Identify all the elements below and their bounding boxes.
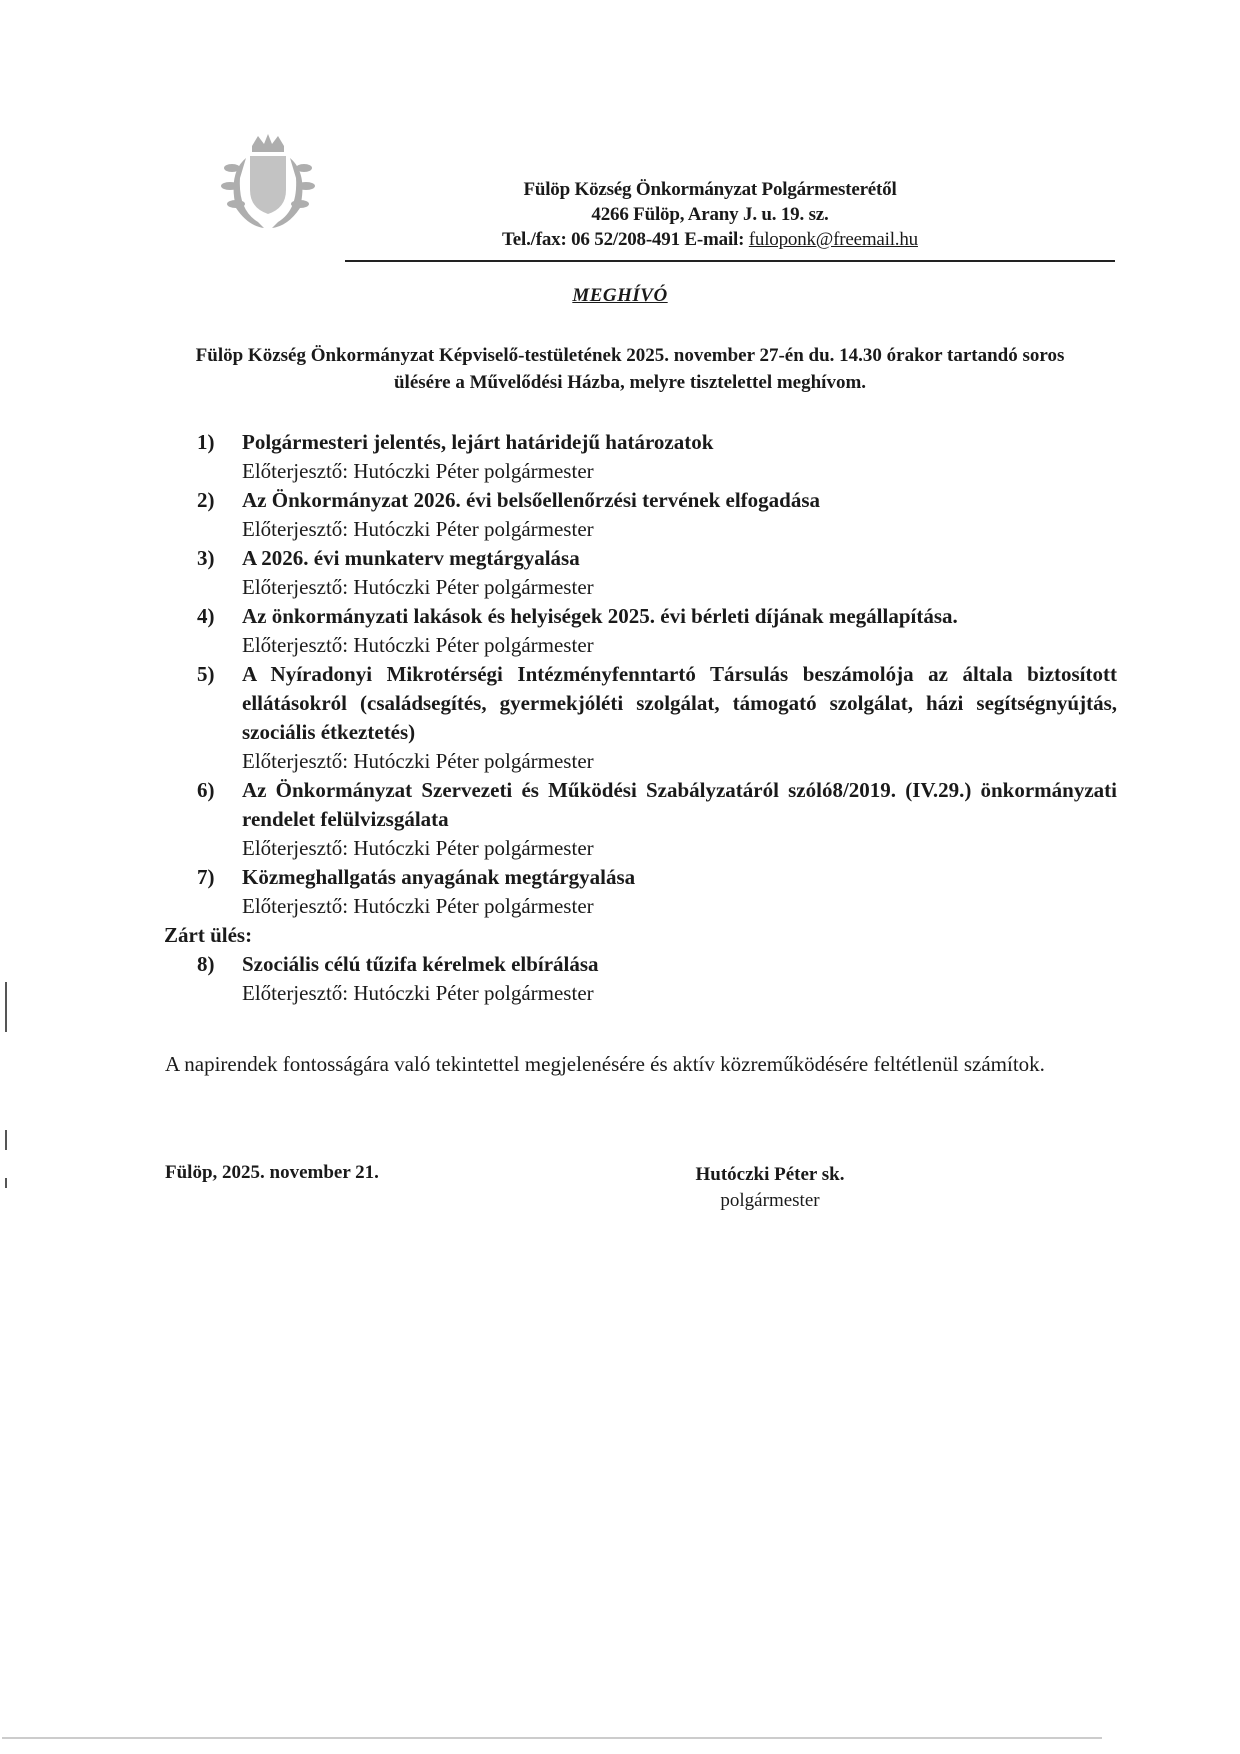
intro-paragraph: Fülöp Község Önkormányzat Képviselő-test… (170, 342, 1090, 396)
scan-margin-mark (5, 1130, 7, 1150)
agenda-item: 7)Közmeghallgatás anyagának megtárgyalás… (197, 863, 1117, 921)
agenda-item-title: Szociális célú tűzifa kérelmek elbírálás… (242, 950, 1117, 979)
agenda-item-presenter: Előterjesztő: Hutóczki Péter polgármeste… (242, 834, 1117, 863)
document-title: MEGHÍVÓ (0, 285, 1240, 307)
scan-edge-line (2, 1737, 1102, 1739)
agenda-item-presenter: Előterjesztő: Hutóczki Péter polgármeste… (242, 457, 1117, 486)
closing-paragraph: A napirendek fontosságára való tekintett… (165, 1050, 1115, 1078)
header-divider (345, 260, 1115, 262)
agenda-item-title: Az önkormányzati lakások és helyiségek 2… (242, 602, 1117, 631)
agenda-item: 4)Az önkormányzati lakások és helyiségek… (197, 602, 1117, 660)
phone-fax: Tel./fax: 06 52/208-491 E-mail: (502, 229, 749, 250)
agenda-item-number: 4) (197, 602, 242, 660)
contact-line: Tel./fax: 06 52/208-491 E-mail: fuloponk… (440, 227, 980, 252)
closed-session-label: Zárt ülés: (164, 921, 1084, 950)
agenda-item-presenter: Előterjesztő: Hutóczki Péter polgármeste… (242, 631, 1117, 660)
agenda-item-number: 3) (197, 544, 242, 602)
scan-margin-mark (5, 982, 7, 1032)
agenda-item-title: Polgármesteri jelentés, lejárt határidej… (242, 428, 1117, 457)
date-line: Fülöp, 2025. november 21. (165, 1162, 379, 1184)
signatory-role: polgármester (670, 1188, 870, 1214)
office-name: Fülöp Község Önkormányzat Polgármesterét… (440, 177, 980, 202)
agenda-item-presenter: Előterjesztő: Hutóczki Péter polgármeste… (242, 979, 1117, 1008)
agenda-item: 5)A Nyíradonyi Mikrotérségi Intézményfen… (197, 660, 1117, 776)
office-address: 4266 Fülöp, Arany J. u. 19. sz. (440, 202, 980, 227)
agenda-item-title: A Nyíradonyi Mikrotérségi Intézményfennt… (242, 660, 1117, 747)
signature-block: Hutóczki Péter sk. polgármester (670, 1162, 870, 1214)
agenda-item-number: 6) (197, 776, 242, 863)
agenda-item-presenter: Előterjesztő: Hutóczki Péter polgármeste… (242, 515, 1117, 544)
agenda-item-number: 5) (197, 660, 242, 776)
agenda-item: 3)A 2026. évi munkaterv megtárgyalásaElő… (197, 544, 1117, 602)
agenda-item-presenter: Előterjesztő: Hutóczki Péter polgármeste… (242, 573, 1117, 602)
email-link[interactable]: fuloponk@freemail.hu (749, 229, 918, 250)
agenda-item-number: 8) (197, 950, 242, 1008)
agenda-item: 8)Szociális célú tűzifa kérelmek elbírál… (197, 950, 1117, 1008)
agenda-item-title: A 2026. évi munkaterv megtárgyalása (242, 544, 1117, 573)
coat-of-arms-icon (208, 128, 328, 238)
agenda-item-title: Közmeghallgatás anyagának megtárgyalása (242, 863, 1117, 892)
agenda-item-title: Az Önkormányzat 2026. évi belsőellenőrzé… (242, 486, 1117, 515)
agenda-item: 6)Az Önkormányzat Szervezeti és Működési… (197, 776, 1117, 863)
agenda-list: 1)Polgármesteri jelentés, lejárt határid… (197, 428, 1117, 1008)
agenda-item-presenter: Előterjesztő: Hutóczki Péter polgármeste… (242, 892, 1117, 921)
agenda-item-number: 7) (197, 863, 242, 921)
scan-margin-mark (5, 1178, 7, 1188)
agenda-item-title: Az Önkormányzat Szervezeti és Működési S… (242, 776, 1117, 834)
agenda-item: 2)Az Önkormányzat 2026. évi belsőellenőr… (197, 486, 1117, 544)
agenda-item-number: 1) (197, 428, 242, 486)
signatory-name: Hutóczki Péter sk. (670, 1162, 870, 1188)
agenda-item-number: 2) (197, 486, 242, 544)
letterhead: Fülöp Község Önkormányzat Polgármesterét… (440, 177, 980, 252)
agenda-item: 1)Polgármesteri jelentés, lejárt határid… (197, 428, 1117, 486)
agenda-item-presenter: Előterjesztő: Hutóczki Péter polgármeste… (242, 747, 1117, 776)
